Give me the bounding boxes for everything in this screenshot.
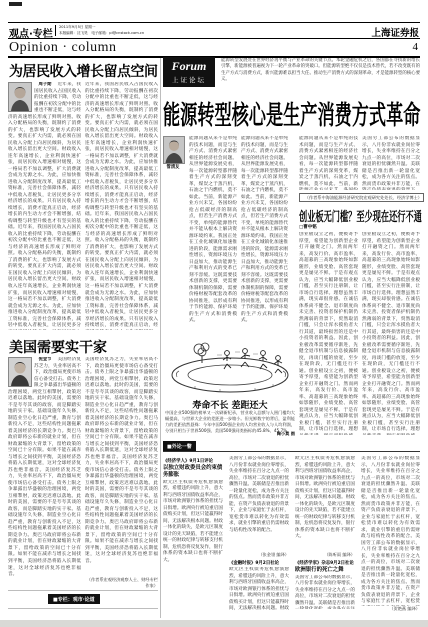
author-photo: [8, 357, 32, 387]
forum-lede: 能源转型发展处在世界经济再平衡与产业革命的关键节点。本轮金融危机之后，各国都在寻…: [221, 58, 420, 86]
page-bottom-edge: [0, 620, 428, 627]
date-line: 2011年9月5日 星期一: [59, 25, 95, 30]
digest-item-title: 欧洲银行的死亡之舞: [295, 567, 355, 574]
badge-rule-bottom: [8, 608, 158, 609]
digest-item-credit: （张金翎 编译）: [229, 552, 289, 558]
digest-item-title: 以独立财政委员会约束债务膨胀: [163, 465, 223, 479]
article2-attribution: （作者系宏观经济观察人士、财经专栏作家）: [85, 577, 158, 589]
column-rule: [160, 58, 161, 618]
article2-text: 美国经济复苏乏力，失业率居高不下，政治僵局更使市场信心备受打击。债务上限之争暴露…: [8, 357, 81, 577]
digest-item-body: 美国劳工部公布的数据显示，八月份非农就业岗位零增长，失业率维持在百分之九点一的高…: [295, 575, 355, 609]
chinext-headline: 创业板无门槛？至少现在还行不通: [299, 206, 422, 225]
forum-body-col3: 能源问题从来不是单纯的技术问题，而是与生产方式、消费方式紧密相连的经济社会问题。…: [299, 136, 358, 190]
article1-author: 周子勋: [34, 82, 56, 88]
article1-body-col1: 周子勋 近年来，我国居民收入占国民收入的比重持续下降，劳动报酬在初次分配中的比重…: [8, 82, 81, 330]
forum-body-col4: 美国劳工部公布的数据显示，八月份非农就业岗位零增长，失业率维持在百分之九点一的高…: [362, 136, 420, 190]
digest-item-body: 欧元区主权债务危机愈演愈烈，希腊违约风险上升，意大利与西班牙国债收益率高企，市场…: [163, 480, 223, 610]
forum-label-box: Forum 上证论坛: [163, 57, 215, 87]
digest-rule: [163, 451, 420, 452]
chinext-body-col2: 创业板设立之初，便被寄予厚望，希望能为创新型企业打开融资之门。然而两年来，高发行…: [362, 232, 420, 435]
digest-col2: 美国劳工部公布的数据显示，八月份非农就业岗位零增长，失业率维持在百分之九点一的高…: [229, 456, 289, 618]
forum-attribution: （作者系中海油能源经济研究院宏观研究处处长、经济学博士）: [299, 193, 424, 202]
chinext-body-col1: 创业板设立之初，便被寄予厚望，希望能为创新型企业打开融资之门。然而两年来，高发行…: [299, 232, 358, 435]
header-row-en: Opinion · column 4: [8, 38, 420, 58]
author-photo: [163, 136, 185, 164]
digest-item-body: 欧元区主权债务危机愈演愈烈，希腊违约风险上升，意大利与西班牙国债收益率高企，市场…: [229, 567, 289, 611]
forum-headline: 能源转型核心是生产消费方式革命: [163, 95, 420, 132]
article2-author: 倪金节: [34, 357, 56, 363]
column-badge: ■专栏：观市·论道: [48, 594, 100, 604]
digest-item-body: 欧元区主权债务危机愈演愈烈，希腊违约风险上升，意大利与西班牙国债收益率高企，市场…: [295, 456, 355, 552]
digest-col4: 美国劳工部公布的数据显示，八月份非农就业岗位零增长，失业率维持在百分之九点一的高…: [361, 456, 420, 618]
article2-body-col2: 美国经济复苏乏力，失业率居高不下，政治僵局更使市场信心备受打击。债务上限之争暴露…: [85, 357, 158, 575]
digest-col3: 欧元区主权债务危机愈演愈烈，希腊违约风险上升，意大利与西班牙国债收益率高企，市场…: [295, 456, 355, 618]
digest-label: ■外论一瞥: [163, 441, 196, 451]
digest-item-source: 《经济学家》杂志9月2日社论: [295, 560, 355, 566]
digest-item-credit: （陈听雨 编译）: [295, 552, 355, 558]
digest-item-source: 《金融时报》9月2日社论: [229, 560, 289, 566]
editor-line: 本版编辑：沈飞昊 电子邮箱：pl@cnstock.com.cn: [59, 31, 144, 36]
masthead: 上海证券报: [371, 25, 419, 39]
article1-body-col2: 近年来，我国居民收入占国民收入的比重持续下降，劳动报酬在初次分配中的比重也不断走…: [85, 82, 158, 330]
digest-item-credit: （贺艳燕 编译）: [361, 606, 420, 612]
header-row: 观点·专栏 2011年9月5日 星期一 本版编辑：沈飞昊 电子邮箱：pl@cns…: [8, 22, 420, 39]
article1-text: 近年来，我国居民收入占国民收入的比重持续下降，劳动报酬在初次分配中的比重也不断走…: [8, 82, 81, 330]
forum-author-block: 管清友: [163, 136, 185, 170]
article1-headline: 为居民收入增长留点空间: [9, 61, 158, 81]
author-photo: [8, 82, 32, 112]
badge-rule-top: [8, 590, 158, 591]
chinext-byline: □曹中铭: [299, 224, 317, 230]
forum-body-col2: 能源问题从来不是单纯的技术问题，而是与生产方式、消费方式紧密相连的经济社会问题。…: [241, 136, 288, 334]
newspaper-page: 观点·专栏 2011年9月5日 星期一 本版编辑：沈飞昊 电子邮箱：pl@cns…: [0, 0, 428, 627]
page-number: 4: [413, 41, 419, 53]
digest-item-source: 《经济学人》9月1日评论: [163, 458, 223, 464]
digest-item-body: 美国劳工部公布的数据显示，八月份非农就业岗位零增长，失业率维持在百分之九点一的高…: [229, 456, 289, 552]
article2-headline: 美国需要实干家: [9, 337, 107, 357]
forum-label-cn: 上证论坛: [163, 75, 215, 84]
print-registration-mark: [9, 2, 22, 6]
cartoon-credit: 陶小莫 图: [254, 431, 295, 437]
cartoon-illustration: [165, 337, 295, 396]
forum-body-col1: 能源问题从来不是单纯的技术问题，而是与生产方式、消费方式紧密相连的经济社会问题。…: [189, 136, 237, 334]
forum-label-en: Forum: [163, 59, 215, 74]
digest-col1: 《经济学人》9月1日评论 以独立财政委员会约束债务膨胀 欧元区主权债务危机愈演愈…: [163, 456, 223, 618]
section-title-en: Opinion · column: [9, 40, 117, 56]
header-divider: [55, 25, 56, 36]
digest-item-body: 美国劳工部公布的数据显示，八月份非农就业岗位零增长，失业率维持在百分之九点一的高…: [361, 456, 420, 606]
article2-body-col1: 倪金节 美国经济复苏乏力，失业率居高不下，政治僵局更使市场信心备受打击。债务上限…: [8, 357, 81, 583]
